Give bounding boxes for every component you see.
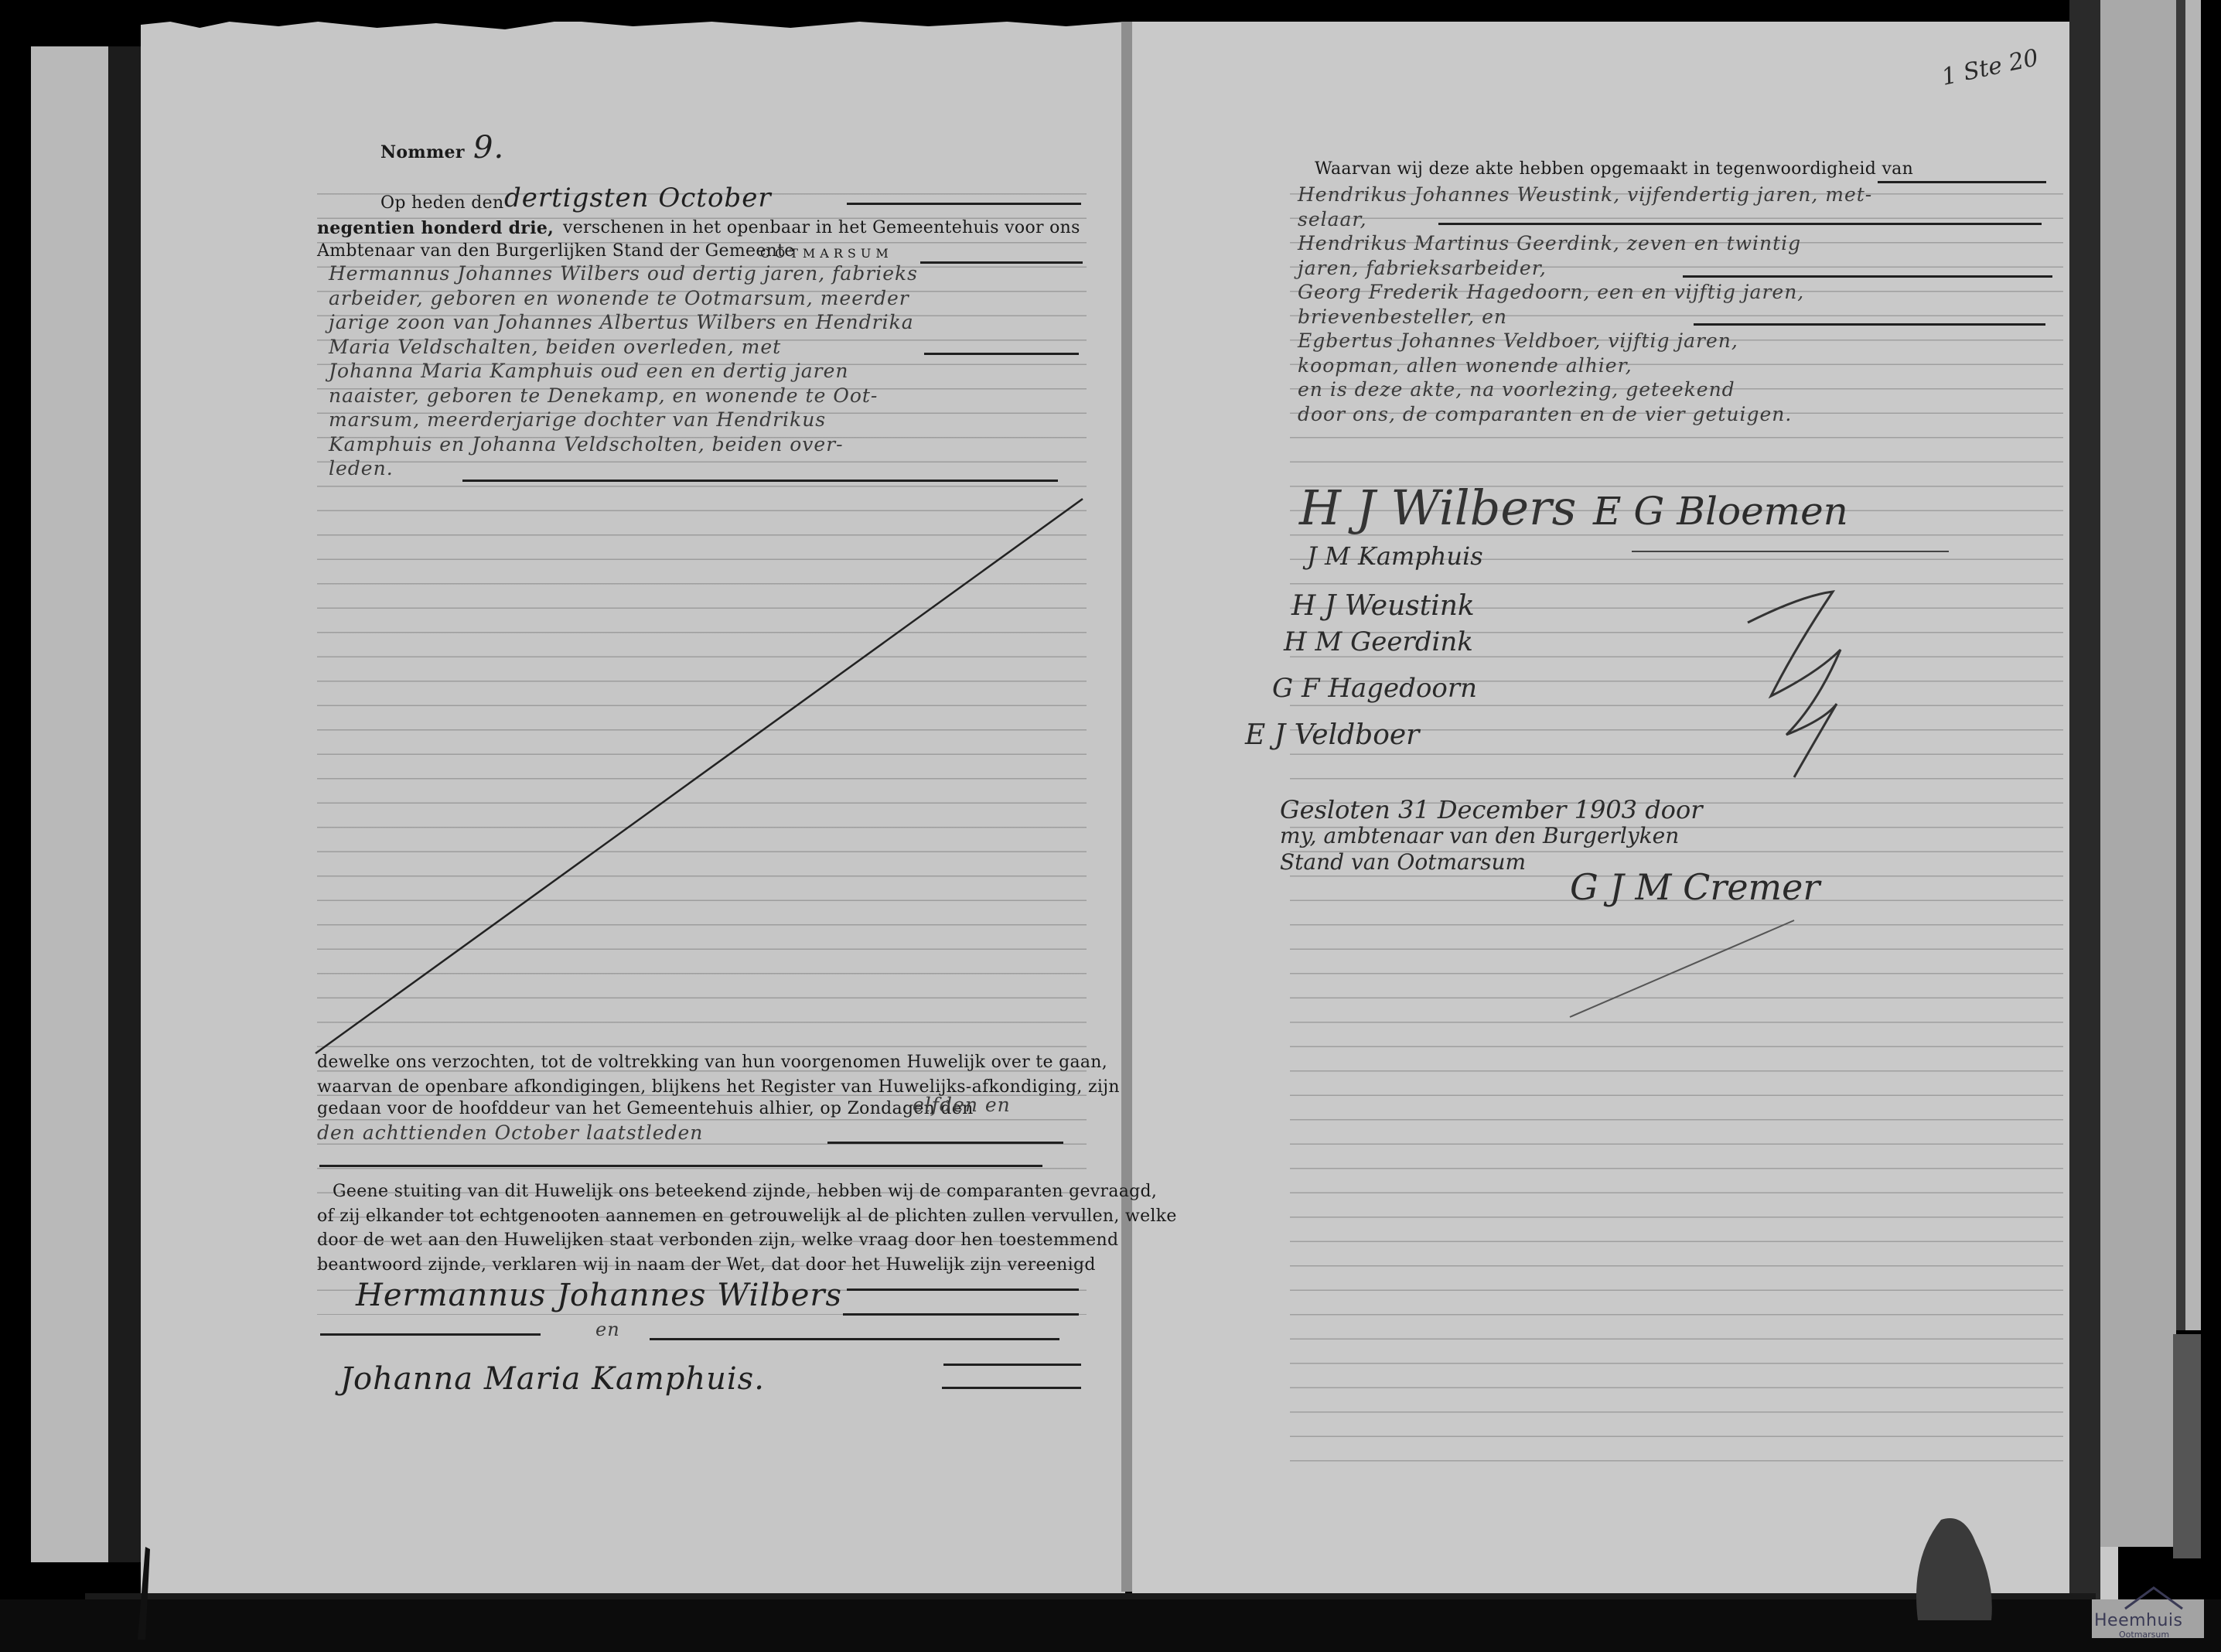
witness-line: Hendrikus Johannes Weustink, vijfenderti…: [1298, 183, 1872, 207]
fill-line: [920, 261, 1083, 264]
paragraph-line: dewelke ons verzochten, tot de voltrekki…: [317, 1050, 1083, 1075]
parties-line: marsum, meerderjarige dochter van Hendri…: [329, 408, 918, 432]
house-roof-icon: [2119, 1582, 2189, 1613]
closing-line: my, ambtenaar van den Burgerlyken: [1280, 823, 1703, 849]
parties-handwritten-block: Hermannus Johannes Wilbers oud dertig ja…: [329, 261, 918, 481]
book-binding-right: [2069, 0, 2100, 1652]
municipality-name: OOTMARSUM: [760, 246, 893, 261]
parties-line: arbeider, geboren en wonende te Ootmarsu…: [329, 286, 918, 311]
publication-paragraph: dewelke ons verzochten, tot de voltrekki…: [317, 1050, 1083, 1099]
date-handwritten: dertigsten October: [504, 183, 772, 213]
witness-line: selaar,: [1298, 207, 1872, 232]
official-text: Ambtenaar van den Burgerlijken Stand der…: [317, 241, 795, 261]
fill-line: [843, 1313, 1079, 1316]
fill-line: [1878, 181, 2046, 183]
fill-line: [1438, 223, 2042, 225]
paragraph-line: Geene stuiting van dit Huwelijk ons bete…: [317, 1179, 1083, 1204]
paragraph-line: beantwoord zijnde, verklaren wij in naam…: [317, 1253, 1083, 1278]
witnesses-handwritten-block: Hendrikus Johannes Weustink, vijfenderti…: [1298, 183, 1872, 426]
parties-line: jarige zoon van Johannes Albertus Wilber…: [329, 310, 918, 335]
witness-line: Georg Frederik Hagedoorn, een en vijftig…: [1298, 280, 1872, 305]
fill-line: [1694, 323, 2045, 326]
signature-underline: [1632, 551, 1949, 552]
appearance-text: verschenen in het openbaar in het Gemeen…: [563, 218, 1080, 237]
book-binding-left: [108, 46, 143, 1562]
witness-line: Hendrikus Martinus Geerdink, zeven en tw…: [1298, 231, 1872, 256]
witness-line: Egbertus Johannes Veldboer, vijftig jare…: [1298, 329, 1872, 353]
cancel-diagonal-line: [309, 495, 1090, 1060]
fill-line: [320, 1333, 541, 1336]
closing-line: Gesloten 31 December 1903 door: [1280, 797, 1703, 823]
parties-line: Johanna Maria Kamphuis oud een en dertig…: [329, 359, 918, 384]
signature-stroke: [1562, 913, 1810, 1021]
nummer-label: Nommer: [380, 142, 465, 162]
fill-line: [847, 203, 1081, 205]
scan-background-bottom: [0, 1599, 2221, 1652]
parties-line: naaister, geboren te Denekamp, en wonend…: [329, 384, 918, 408]
signature-witness-3: G F Hagedoorn: [1272, 673, 1477, 704]
finger-object-icon: [1910, 1512, 2003, 1620]
paragraph-line: of zij elkander tot echtgenooten aanneme…: [317, 1204, 1083, 1229]
cover-shadow: [2176, 0, 2185, 1330]
fill-line: [943, 1364, 1081, 1366]
declaration-paragraph: Geene stuiting van dit Huwelijk ons bete…: [317, 1179, 1083, 1277]
signature-official-1: E G Bloemen: [1593, 489, 1848, 534]
signature-bride: J M Kamphuis: [1307, 541, 1483, 571]
parties-line: Hermannus Johannes Wilbers oud dertig ja…: [329, 261, 918, 286]
parties-line: Maria Veldschalten, beiden overleden, me…: [329, 335, 918, 360]
book-cover-right-edge: [2100, 0, 2176, 1547]
signature-witness-4: E J Veldboer: [1245, 719, 1419, 751]
pen-object-icon: [130, 1543, 161, 1643]
date-intro-text: Op heden den: [380, 193, 503, 213]
fill-line: [942, 1387, 1081, 1389]
witness-line: en is deze akte, na voorlezing, geteeken…: [1298, 377, 1872, 402]
cover-outer-edge: [2185, 0, 2201, 1330]
fill-line: [319, 1165, 1042, 1167]
paragraph-line: gedaan voor de hoofddeur van het Gemeent…: [317, 1099, 974, 1118]
fill-line: [847, 1288, 1079, 1291]
paragraph-line: door de wet aan den Huwelijken staat ver…: [317, 1228, 1083, 1253]
signature-witness-2: H M Geerdink: [1284, 626, 1473, 657]
witnesses-intro-text: Waarvan wij deze akte hebben opgemaakt i…: [1315, 159, 1913, 179]
signature-witness-1: H J Weustink: [1291, 590, 1475, 622]
parties-line: leden.: [329, 456, 918, 481]
conjunction-en: en: [595, 1319, 620, 1340]
parties-line: Kamphuis en Johanna Veldscholten, beiden…: [329, 432, 918, 457]
fill-line: [924, 353, 1079, 355]
spouse-1-name: Hermannus Johannes Wilbers: [356, 1278, 842, 1313]
publication-dates-handwritten: elfden en: [913, 1094, 1011, 1116]
book-spine: [1121, 22, 1132, 1592]
publication-dates-handwritten: den achttienden October laatstleden: [317, 1121, 703, 1144]
paraph-flourish-icon: [1732, 588, 1871, 789]
spouse-2-name: Johanna Maria Kamphuis.: [340, 1361, 765, 1397]
closing-signature: G J M Cremer: [1570, 866, 1820, 908]
fill-line: [462, 480, 1058, 482]
fill-line: [650, 1338, 1059, 1340]
fill-line: [1683, 275, 2052, 278]
cover-tab: [2173, 1334, 2201, 1558]
year-text: negentien honderd drie,: [317, 218, 554, 238]
fill-line: [827, 1142, 1063, 1144]
logo-subtext: Ootmarsum: [2119, 1630, 2169, 1640]
logo-text: Heemhuis: [2094, 1611, 2183, 1630]
nummer-value: 9.: [473, 130, 504, 166]
signature-groom: H J Wilbers: [1299, 480, 1576, 536]
closing-statement: Gesloten 31 December 1903 door my, ambte…: [1280, 797, 1703, 875]
witness-line: koopman, allen wonende alhier,: [1298, 353, 1872, 378]
witness-line: door ons, de comparanten en de vier getu…: [1298, 402, 1872, 427]
